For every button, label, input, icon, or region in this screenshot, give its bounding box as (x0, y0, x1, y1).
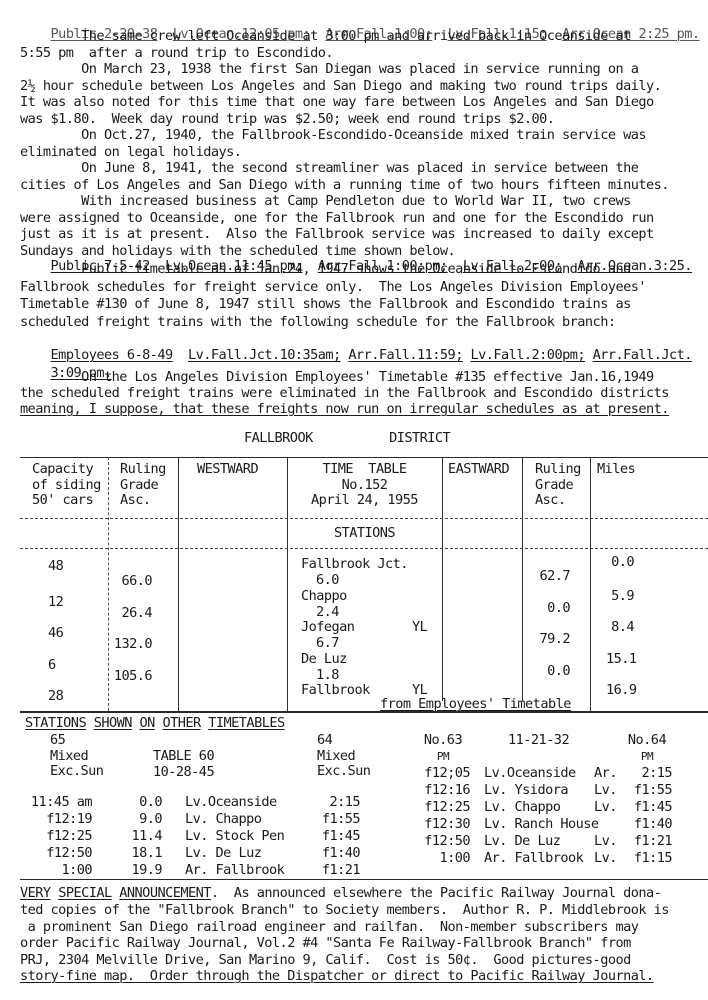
capacity-cell: 46 (48, 626, 63, 642)
text-line: eliminated on legal holidays. (20, 145, 241, 160)
direction-mark: Lv. (594, 783, 617, 799)
westward-time: f12:30 (410, 817, 470, 833)
segment-distance: 2.4 (316, 605, 339, 621)
miles-cell: 19.9 (118, 863, 162, 879)
segment-distance: 6.0 (316, 573, 339, 589)
text-line: Public timetable as of Jan.24, 1947 show… (20, 262, 631, 277)
text-line: Fallbrook schedules for freight service … (20, 280, 646, 295)
announcement-top-rule (20, 879, 708, 880)
col-divider (590, 457, 591, 711)
eastward-time: f1:55 (622, 783, 672, 799)
col-divider (522, 457, 523, 701)
station-name: Ar. Fallbrook (484, 851, 583, 867)
station-name: Lv. De Luz (484, 834, 560, 850)
lv-fall-jct: Lv.Fall.Jct.10:35am; (188, 347, 341, 363)
district-title-right: DISTRICT (389, 430, 450, 446)
text-line: Timetable #130 of June 8, 1947 still sho… (20, 297, 631, 312)
miles-cell: 5.9 (606, 589, 634, 605)
text-line: It was also noted for this time that one… (20, 95, 654, 110)
table-bottom-rule (20, 711, 708, 713)
train-64-header: 64MixedExc.Sun (317, 733, 370, 780)
eastward-time: f1:21 (622, 834, 672, 850)
table-top-rule (20, 457, 708, 458)
text-line: were assigned to Oceanside, one for the … (20, 211, 654, 226)
ruling-grade-west: 105.6 (112, 669, 152, 685)
text-line: The same crew left Oceanside at 3:00 pm … (20, 29, 631, 44)
typewritten-page: Public 2-20-38 Lv.Ocean.12:05 pm; Arr.Fa… (0, 0, 708, 1000)
miles-cell: 9.0 (118, 812, 162, 828)
lv-fall: Lv.Fall.2:00pm; (470, 347, 585, 363)
announcement-last-line: story-fine map. Order through the Dispat… (20, 969, 654, 984)
text-line: meaning, I suppose, that these freights … (20, 402, 669, 417)
text-line: 2½ hour schedule between Los Angeles and… (20, 79, 661, 94)
station-name: Lv.Oceanside (484, 766, 576, 782)
eastward-time: f1:15 (622, 851, 672, 867)
direction-mark: Lv. (594, 800, 617, 816)
direction-mark: Lv. (594, 834, 617, 850)
station-name: Lv. De Luz (185, 846, 261, 862)
text-line: On the Los Angeles Division Employees' T… (20, 370, 654, 385)
eastward-time: f1:55 (310, 812, 360, 828)
col-divider (178, 457, 179, 711)
westward-time: 1:00 (30, 863, 92, 879)
station-name: De Luz (301, 652, 347, 668)
text-line: cities of Los Angeles and San Diego with… (20, 178, 669, 193)
text-line: the scheduled freight trains were elimin… (20, 386, 669, 401)
miles-cell: 18.1 (118, 846, 162, 862)
westward-time: 11:45 am (30, 795, 92, 811)
station-name: Lv. Stock Pen (185, 829, 284, 845)
westward-time: f12:25 (30, 829, 92, 845)
direction-mark: Ar. (594, 766, 617, 782)
arr-fall: Arr.Fall.11:59; (348, 347, 463, 363)
eastward-time: 2:15 (622, 766, 672, 782)
capacity-cell: 6 (48, 658, 56, 674)
station-name: Ar. Fallbrook (185, 863, 284, 879)
announcement-line: PRJ, 2304 Melville Drive, San Marino 9, … (20, 953, 631, 968)
announcement-line: ted copies of the "Fallbrook Branch" to … (20, 903, 669, 918)
direction-mark: Lv. (594, 851, 617, 867)
announcement-line: a prominent San Diego railroad engineer … (20, 920, 638, 935)
train-64-1932-header: No.64PM (622, 733, 672, 764)
station-name: Chappo (301, 589, 347, 605)
text-line: On Oct.27, 1940, the Fallbrook-Escondido… (20, 128, 646, 143)
header-ruling-westward: RulingGradeAsc. (120, 462, 166, 509)
eastward-time: f1:45 (622, 800, 672, 816)
westward-time: f12:50 (30, 846, 92, 862)
ruling-grade-east: 79.2 (530, 632, 570, 648)
header-stations: STATIONS (287, 526, 442, 542)
header-eastward: EASTWARD (448, 462, 509, 478)
other-timetables-heading: STATIONS SHOWN ON OTHER TIMETABLES (25, 716, 285, 731)
text-line: was $1.80. Week day round trip was $2.50… (20, 112, 554, 127)
westward-time: f12:25 (410, 800, 470, 816)
station-name: Fallbrook Jct. (301, 557, 408, 573)
ruling-grade-east: 62.7 (530, 569, 570, 585)
miles-cell: 8.4 (606, 620, 634, 636)
text-line: 5:55 pm after a round trip to Escondido. (20, 46, 333, 61)
text-line: On March 23, 1938 the first San Diegan w… (20, 62, 638, 77)
table-1932-date: 11-21-32 (508, 733, 569, 749)
miles-cell: 11.4 (118, 829, 162, 845)
station-code: YL (412, 620, 427, 636)
table-header-rule (20, 518, 708, 519)
eastward-time: f1:45 (310, 829, 360, 845)
segment-distance: 1.8 (316, 668, 339, 684)
station-name: Jofegan (301, 620, 354, 636)
table-60-title: TABLE 6010-28-45 (153, 749, 214, 780)
announcement-line: order Pacific Railway Journal, Vol.2 #4 … (20, 936, 631, 951)
westward-time: f12:50 (410, 834, 470, 850)
station-name: Lv. Chappo (185, 812, 261, 828)
col-divider (442, 457, 443, 701)
miles-cell: 16.9 (606, 683, 634, 699)
header-capacity: Capacityof siding50' cars (32, 462, 101, 509)
miles-cell: 0.0 (118, 795, 162, 811)
miles-cell: 15.1 (606, 652, 634, 668)
capacity-cell: 48 (48, 559, 63, 575)
westward-time: f12;05 (410, 766, 470, 782)
table-footnote: from Employees' Timetable (380, 697, 571, 713)
header-ruling-eastward: RulingGradeAsc. (535, 462, 581, 509)
text-line: scheduled freight trains with the follow… (20, 315, 615, 330)
westward-time: 1:00 (410, 851, 470, 867)
ruling-grade-east: 0.0 (530, 601, 570, 617)
header-westward: WESTWARD (197, 462, 258, 478)
capacity-cell: 28 (48, 689, 63, 705)
station-name: Fallbrook (301, 683, 370, 699)
segment-distance: 6.7 (316, 636, 339, 652)
arr-fall-jct: Arr.Fall.Jct. (593, 347, 692, 363)
eastward-time: 2:15 (310, 795, 360, 811)
ruling-grade-west: 66.0 (112, 574, 152, 590)
announcement-line-1: VERY SPECIAL ANNOUNCEMENT. As announced … (20, 886, 661, 901)
eastward-time: f1:40 (622, 817, 672, 833)
text-line: just as it is at present. Also the Fallb… (20, 227, 654, 242)
table-stations-rule (20, 548, 708, 549)
train-63-header: No.63PM (418, 733, 468, 764)
ruling-grade-west: 26.4 (112, 606, 152, 622)
train-65-header: 65MixedExc.Sun (50, 733, 103, 780)
miles-cell: 0.0 (606, 555, 634, 571)
header-miles: Miles (597, 462, 635, 478)
capacity-cell: 12 (48, 595, 63, 611)
westward-time: f12:16 (410, 783, 470, 799)
district-title-left: FALLBROOK (244, 430, 313, 446)
station-name: Lv.Oceanside (185, 795, 277, 811)
station-name: Lv. Ysidora (484, 783, 568, 799)
header-time-table: TIME TABLENo.152April 24, 1955 (287, 462, 442, 509)
station-name: Lv. Chappo (484, 800, 560, 816)
text-line: On June 8, 1941, the second streamliner … (20, 161, 638, 176)
westward-time: f12:19 (30, 812, 92, 828)
eastward-time: f1:40 (310, 846, 360, 862)
text-line: With increased business at Camp Pendleto… (20, 194, 631, 209)
eastward-time: f1:21 (310, 863, 360, 879)
col-divider (108, 457, 109, 711)
station-name: Lv. Ranch House (484, 817, 599, 833)
district-title: FALLBROOK DISTRICT (244, 431, 450, 446)
ruling-grade-east: 0.0 (530, 664, 570, 680)
ruling-grade-west: 132.0 (112, 637, 152, 653)
